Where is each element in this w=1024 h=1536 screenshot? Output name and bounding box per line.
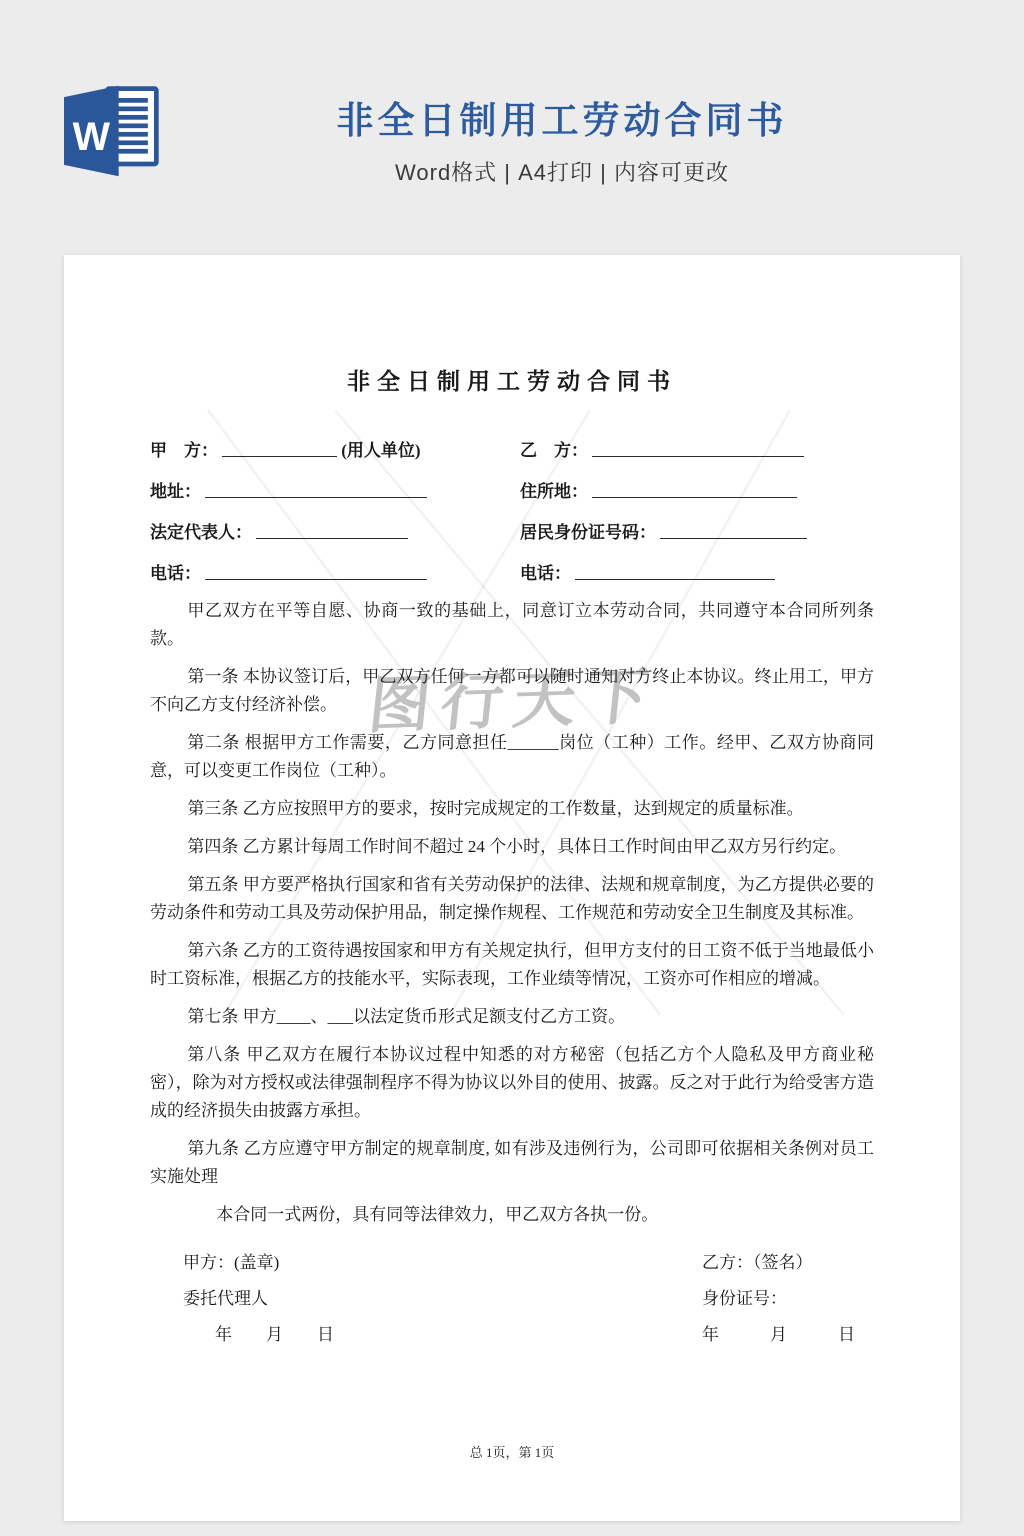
contract-clauses: 甲乙双方在平等自愿、协商一致的基础上，同意订立本劳动合同，共同遵守本合同所列条款… (150, 597, 874, 1191)
clause-8: 第八条 甲乙双方在履行本协议过程中知悉的对方秘密（包括乙方个人隐私及甲方商业秘密… (150, 1041, 874, 1125)
form-row-address: 地址： 住所地： (150, 461, 874, 502)
blank-legal-rep (256, 524, 408, 539)
party-a-agent-label: 委托代理人 (183, 1281, 334, 1317)
clause-5: 第五条 甲方要严格执行国家和省有关劳动保护的法律、法规和规章制度，为乙方提供必要… (150, 871, 874, 927)
clause-1: 第一条 本协议签订后，甲乙双方任何一方都可以随时通知对方终止本协议。终止用工，甲… (150, 663, 874, 719)
label-phone-b: 电话： (520, 564, 571, 583)
party-b-date: 年 月 日 (702, 1317, 874, 1353)
label-phone-a: 电话： (150, 564, 201, 583)
label-residence: 住所地： (520, 482, 588, 501)
label-party-b: 乙 方： (520, 441, 588, 460)
banner-title: 非全日制用工劳动合同书 (100, 90, 1024, 144)
clause-2: 第二条 根据甲方工作需要，乙方同意担任______岗位（工种）工作。经甲、乙双方… (150, 729, 874, 785)
banner-text: 非全日制用工劳动合同书 Word格式 | A4打印 | 内容可更改 (100, 90, 1024, 187)
clause-3: 第三条 乙方应按照甲方的要求，按时完成规定的工作数量，达到规定的质量标准。 (150, 795, 874, 823)
blank-phone-b (575, 565, 775, 580)
clause-9: 第九条 乙方应遵守甲方制定的规章制度, 如有涉及违例行为，公司即可依据相关条例对… (150, 1135, 874, 1191)
template-banner: W 非全日制用工劳动合同书 Word格式 | A4打印 | 内容可更改 (0, 0, 1024, 240)
signature-party-b: 乙方：（签名） 身份证号： 年 月 日 (702, 1245, 874, 1353)
document-title: 非全日制用工劳动合同书 (150, 255, 874, 396)
label-id-number: 居民身份证号码： (520, 523, 656, 542)
closing-statement: 本合同一式两份，具有同等法律效力，甲乙双方各执一份。 (150, 1201, 874, 1229)
party-b-id-label: 身份证号： (702, 1281, 874, 1317)
suffix-employer: (用人单位) (341, 441, 420, 460)
page-number-footer: 总 1页，第 1页 (64, 1442, 960, 1461)
form-row-party: 甲 方： (用人单位) 乙 方： (150, 420, 874, 461)
clause-7: 第七条 甲方____、___以法定货币形式足额支付乙方工资。 (150, 1003, 874, 1031)
banner-subtitle: Word格式 | A4打印 | 内容可更改 (100, 156, 1024, 187)
form-row-phone: 电话： 电话： (150, 543, 874, 584)
party-a-seal-label: 甲方：(盖章) (183, 1245, 334, 1281)
page-root: W 非全日制用工劳动合同书 Word格式 | A4打印 | 内容可更改 图行天下… (0, 0, 1024, 1536)
blank-residence (592, 483, 797, 498)
blank-party-a (222, 442, 337, 457)
blank-phone-a (205, 565, 427, 580)
blank-id-number (660, 524, 807, 539)
clause-4: 第四条 乙方累计每周工作时间不超过 24 个小时，具体日工作时间由甲乙双方另行约… (150, 833, 874, 861)
document-content: 非全日制用工劳动合同书 甲 方： (用人单位) 乙 方： 地址： (64, 255, 960, 1353)
clause-6: 第六条 乙方的工资待遇按国家和甲方有关规定执行，但甲方支付的日工资不低于当地最低… (150, 937, 874, 993)
signature-party-a: 甲方：(盖章) 委托代理人 年 月 日 (183, 1245, 334, 1353)
signature-block: 甲方：(盖章) 委托代理人 年 月 日 乙方：（签名） 身份证号： 年 月 日 (150, 1245, 874, 1353)
party-a-date: 年 月 日 (183, 1317, 334, 1353)
party-b-sign-label: 乙方：（签名） (702, 1245, 874, 1281)
form-row-legal-rep: 法定代表人： 居民身份证号码： (150, 502, 874, 543)
label-address: 地址： (150, 482, 201, 501)
label-party-a: 甲 方： (150, 441, 218, 460)
blank-party-b (592, 442, 804, 457)
label-legal-rep: 法定代表人： (150, 523, 252, 542)
party-info-form: 甲 方： (用人单位) 乙 方： 地址： 住所地： (150, 420, 874, 584)
blank-address (205, 483, 427, 498)
document-page: 图行天下 非全日制用工劳动合同书 甲 方： (用人单位) 乙 方： 地址： (64, 255, 960, 1521)
clause-preamble: 甲乙双方在平等自愿、协商一致的基础上，同意订立本劳动合同，共同遵守本合同所列条款… (150, 597, 874, 653)
